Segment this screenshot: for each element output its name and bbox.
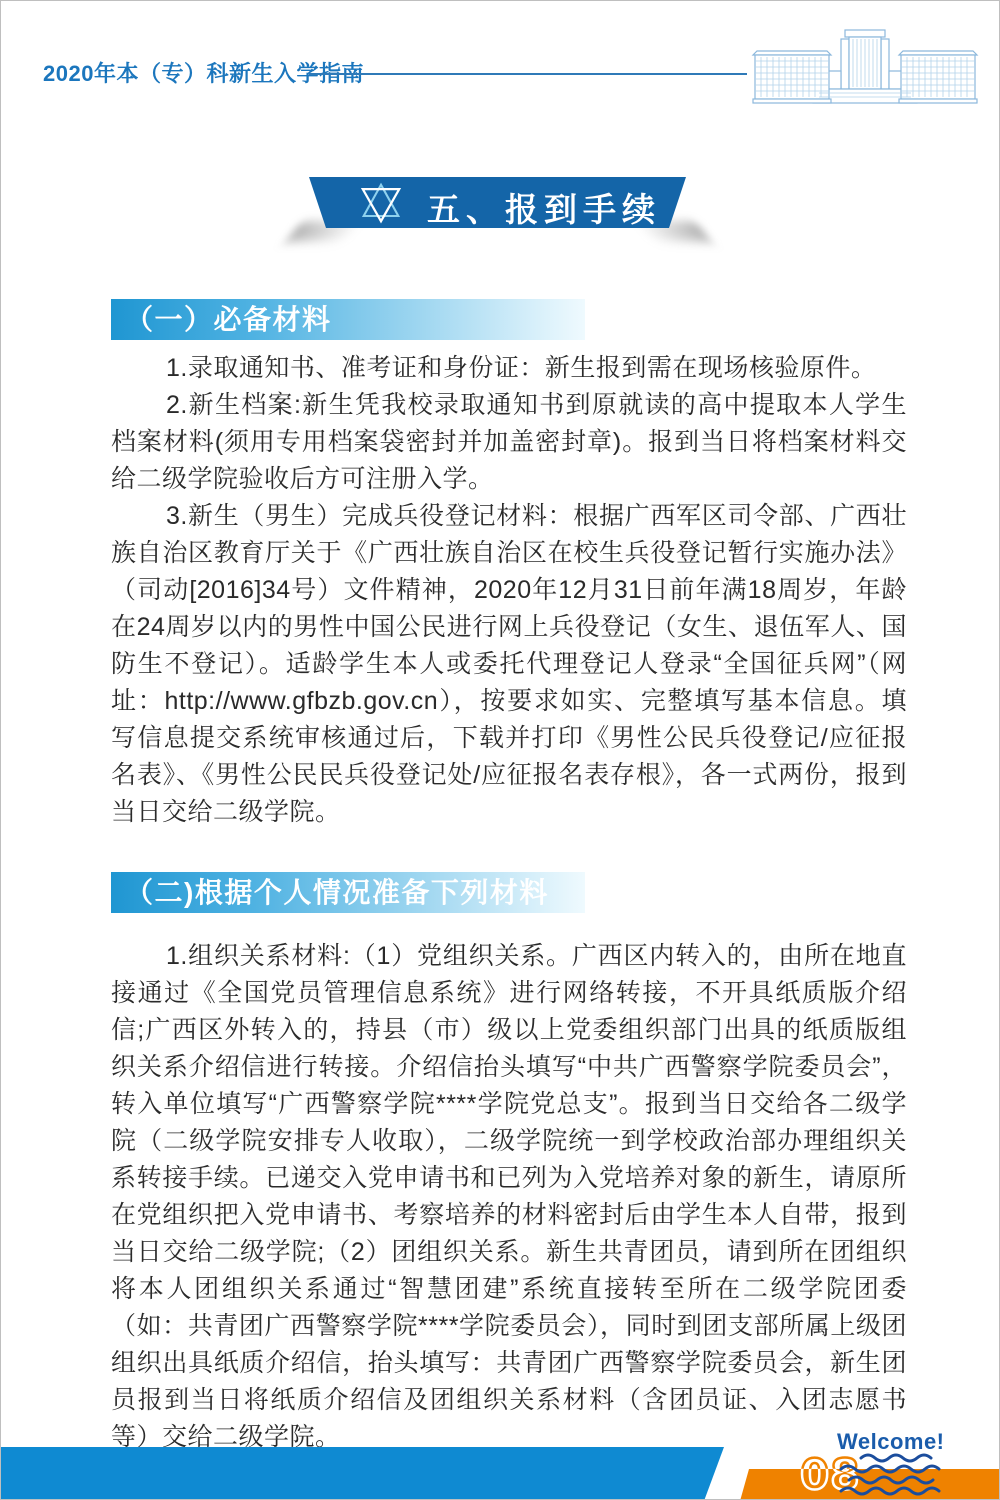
paragraph: 1.组织关系材料:（1）党组织关系。广西区内转入的，由所在地直接通过《全国党员管… xyxy=(111,938,907,1456)
paragraph: 2.新生档案:新生凭我校录取通知书到原就读的高中提取本人学生档案材料(须用专用档… xyxy=(111,387,907,498)
section-heading-1: （一）必备材料 xyxy=(111,299,585,340)
header-divider xyxy=(309,73,747,75)
section-heading-2: （二)根据个人情况准备下列材料 xyxy=(111,872,585,913)
footer-blue-bar xyxy=(1,1447,724,1500)
paragraph: 3.新生（男生）完成兵役登记材料：根据广西军区司令部、广西壮族自治区教育厅关于《… xyxy=(111,498,907,831)
wave-lines-icon xyxy=(839,1451,943,1499)
section-banner: 五、报到手续 xyxy=(309,177,686,228)
section-body-1: 1.录取通知书、准考证和身份证：新生报到需在现场核验原件。 2.新生档案:新生凭… xyxy=(111,350,907,831)
hexagram-star-icon xyxy=(355,177,407,229)
building-icon xyxy=(751,27,979,109)
section-body-2: 1.组织关系材料:（1）党组织关系。广西区内转入的，由所在地直接通过《全国党员管… xyxy=(111,938,907,1456)
banner-title: 五、报到手续 xyxy=(427,184,661,231)
paragraph: 1.录取通知书、准考证和身份证：新生报到需在现场核验原件。 xyxy=(111,350,907,387)
guide-page: 2020年本（专）科新生入学指南 xyxy=(0,0,1000,1500)
